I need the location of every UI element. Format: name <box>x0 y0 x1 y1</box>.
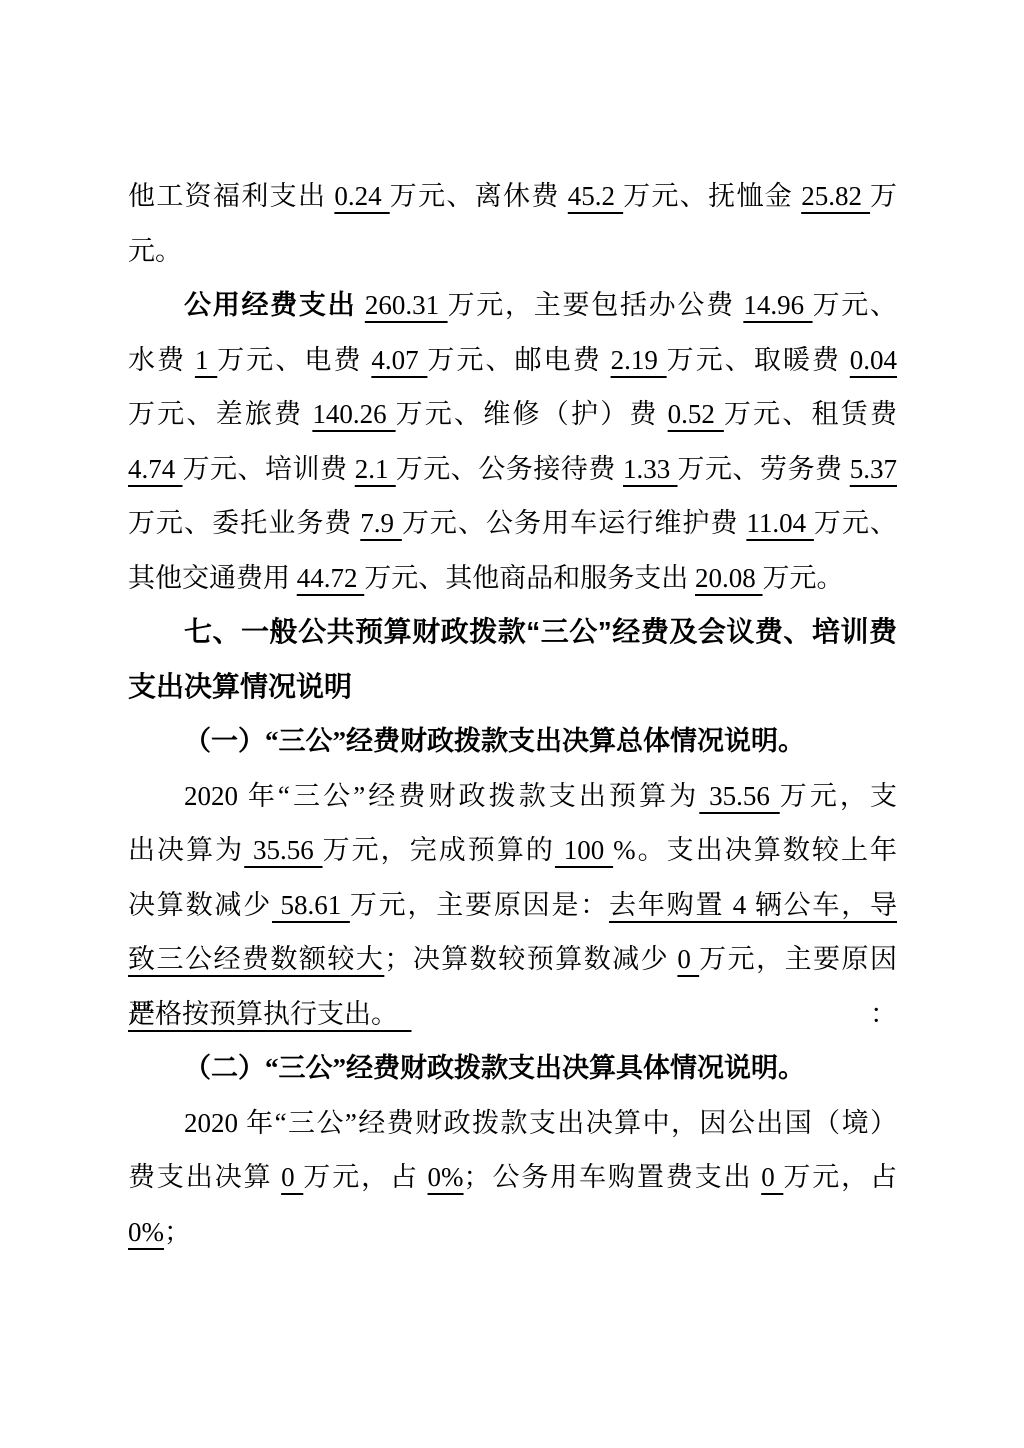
text-segment: 万元、维修（护）费 <box>396 399 668 429</box>
text-segment: 万元，占 <box>783 1162 897 1192</box>
line-public-expense-1: 公用经费支出 260.31 万元，主要包括办公费 14.96 万元、 <box>128 278 897 333</box>
line-public-expense-4: 4.74 万元、培训费 2.1 万元、公务接待费 1.33 万元、劳务费 5.3… <box>128 442 897 497</box>
underlined-value: 0 <box>281 1162 303 1192</box>
text-segment: 公用经费支出 <box>184 290 365 320</box>
text-segment: （一）“三公”经费财政拨款支出决算总体情况说明。 <box>184 726 805 756</box>
text-segment: 其他交通费用 <box>128 563 297 593</box>
text-segment: 费支出决算 <box>128 1162 281 1192</box>
line-section7-heading-2: 支出决算情况说明 <box>128 660 897 715</box>
text-segment: 他工资福利支出 <box>128 181 334 211</box>
text-segment: 万元、租赁费 <box>724 399 897 429</box>
text-segment: 万元、委托业务费 <box>128 508 360 538</box>
underlined-value: 0 <box>677 944 699 974</box>
line-detail-1: 2020 年“三公”经费财政拨款支出决算中，因公出国（境） <box>128 1096 897 1151</box>
underlined-value: 20.08 <box>695 563 763 593</box>
line-detail-2: 费支出决算 0 万元，占 0%；公务用车购置费支出 0 万元，占 0%； <box>128 1150 897 1205</box>
underlined-value: 0 <box>761 1162 783 1192</box>
underlined-value: 4.07 <box>371 345 427 375</box>
underlined-value: 0% <box>128 1217 164 1247</box>
text-segment: 万元、其他商品和服务支出 <box>364 563 695 593</box>
text-segment: 万 <box>870 181 897 211</box>
underlined-value: 5.37 <box>850 454 897 484</box>
underlined-value: 4.74 <box>128 454 183 484</box>
line-public-expense-3: 万元、差旅费 140.26 万元、维修（护）费 0.52 万元、租赁费 <box>128 387 897 442</box>
line-sub2-heading: （二）“三公”经费财政拨款支出决算具体情况说明。 <box>128 1041 897 1096</box>
text-segment: 七、一般公共预算财政拨款“三公”经费及会议费、培训费 <box>184 616 897 647</box>
text-segment: 万元，完成预算的 <box>323 835 555 865</box>
text-segment: 水费 <box>128 345 195 375</box>
underlined-value: 35.56 <box>244 835 322 865</box>
underlined-value: 0.24 <box>334 181 389 211</box>
underlined-value: 100 <box>555 835 613 865</box>
underlined-value: 35.56 <box>699 781 779 811</box>
underlined-value: 去年购置 4 辆公车，导 <box>609 890 897 920</box>
text-segment: 万元、公务用车运行维护费 <box>402 508 747 538</box>
underlined-value: 14.96 <box>743 290 812 320</box>
text-segment: %。支出决算数较上年 <box>613 835 897 865</box>
text-segment: （二）“三公”经费财政拨款支出决算具体情况说明。 <box>184 1053 805 1083</box>
text-segment: 万元，主要原因是： <box>350 890 609 920</box>
text-segment: 2020 年“三公”经费财政拨款支出决算中，因公出国（境） <box>184 1108 897 1138</box>
text-segment: 万元、劳务费 <box>678 454 850 484</box>
text-segment: 万元、公务接待费 <box>396 454 623 484</box>
underlined-value: 140.26 <box>312 399 395 429</box>
underlined-value: 1.33 <box>623 454 678 484</box>
text-segment: 万元、培训费 <box>183 454 355 484</box>
line-public-expense-6: 其他交通费用 44.72 万元、其他商品和服务支出 20.08 万元。 <box>128 551 897 606</box>
text-segment: 万元、离休费 <box>390 181 568 211</box>
line-overall-1: 2020 年“三公”经费财政拨款支出预算为 35.56 万元，支 <box>128 769 897 824</box>
underlined-value: 致三公经费数额较大 <box>128 944 384 974</box>
underlined-value: 0% <box>428 1162 464 1192</box>
underlined-value: 25.82 <box>801 181 870 211</box>
line-overall-3: 决算数减少 58.61 万元，主要原因是：去年购置 4 辆公车，导 <box>128 878 897 933</box>
line-salary-welfare-end: 元。 <box>128 224 897 279</box>
underlined-value: 7.9 <box>360 508 402 538</box>
text-segment: ； <box>164 1217 191 1247</box>
text-segment: 支出决算情况说明 <box>128 671 352 702</box>
underlined-value: 1 <box>195 345 217 375</box>
text-segment: 万元。 <box>763 563 844 593</box>
line-overall-2: 出决算为 35.56 万元，完成预算的 100 %。支出决算数较上年 <box>128 823 897 878</box>
underlined-value: 0.52 <box>668 399 724 429</box>
text-segment: 万元、抚恤金 <box>623 181 801 211</box>
text-segment: 万元、取暖费 <box>667 345 850 375</box>
text-segment: 元。 <box>128 236 182 266</box>
underlined-value: 11.04 <box>746 508 814 538</box>
text-segment: 决算数减少 <box>128 890 272 920</box>
line-sub1-heading: （一）“三公”经费财政拨款支出决算总体情况说明。 <box>128 714 897 769</box>
underlined-value: 44.72 <box>297 563 365 593</box>
underlined-value: 260.31 <box>365 290 448 320</box>
text-segment: 2020 年“三公”经费财政拨款支出预算为 <box>184 781 699 811</box>
line-overall-4: 致三公经费数额较大；决算数较预算数减少 0 万元，主要原因是： <box>128 932 897 987</box>
line-salary-welfare-cont: 他工资福利支出 0.24 万元、离休费 45.2 万元、抚恤金 25.82 万 <box>128 169 897 224</box>
line-public-expense-2: 水费 1 万元、电费 4.07 万元、邮电费 2.19 万元、取暖费 0.04 <box>128 333 897 388</box>
text-segment: 万元、 <box>813 290 897 320</box>
underlined-value: 45.2 <box>568 181 623 211</box>
text-segment: 万元，支 <box>780 781 897 811</box>
line-public-expense-5: 万元、委托业务费 7.9 万元、公务用车运行维护费 11.04 万元、 <box>128 496 897 551</box>
underlined-value: 2.1 <box>355 454 396 484</box>
text-segment: 万元、电费 <box>217 345 371 375</box>
text-segment: 万元，占 <box>303 1162 427 1192</box>
line-section7-heading-1: 七、一般公共预算财政拨款“三公”经费及会议费、培训费 <box>128 605 897 660</box>
text-segment: 万元、邮电费 <box>427 345 610 375</box>
underlined-value: 严格按预算执行支出。 <box>128 999 412 1029</box>
text-segment: 万元，主要包括办公费 <box>448 290 744 320</box>
document-page: 他工资福利支出 0.24 万元、离休费 45.2 万元、抚恤金 25.82 万元… <box>0 0 1024 1448</box>
underlined-value: 58.61 <box>272 890 350 920</box>
text-segment: ；决算数较预算数减少 <box>384 944 677 974</box>
underlined-value: 2.19 <box>611 345 667 375</box>
text-segment: ；公务用车购置费支出 <box>464 1162 762 1192</box>
underlined-value: 0.04 <box>850 345 897 375</box>
text-segment: 万元、差旅费 <box>128 399 312 429</box>
document-body: 他工资福利支出 0.24 万元、离休费 45.2 万元、抚恤金 25.82 万元… <box>128 169 897 1205</box>
text-segment: 万元、 <box>814 508 897 538</box>
text-segment: 出决算为 <box>128 835 244 865</box>
